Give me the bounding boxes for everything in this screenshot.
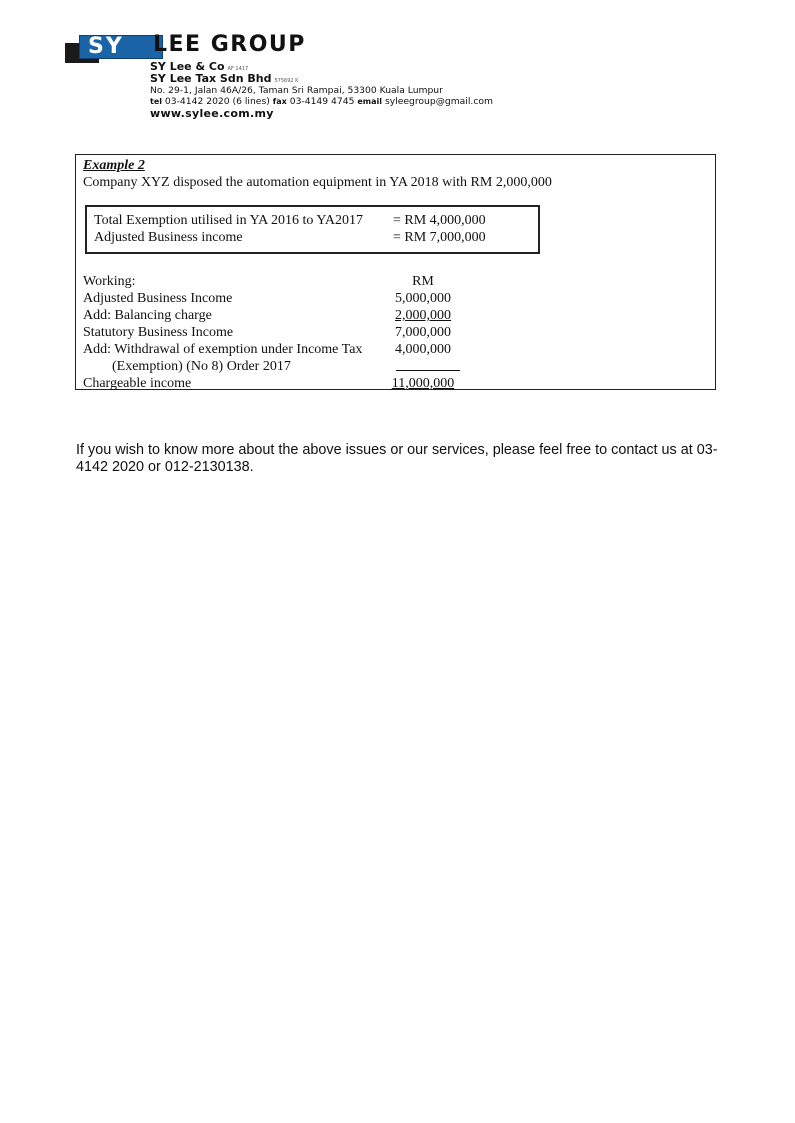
working-row-value: 7,000,000 [378,324,468,341]
company-address: No. 29-1, Jalan 46A/26, Taman Sri Rampai… [150,85,443,96]
brand-name: LEE GROUP [153,32,306,57]
given-values-box: Total Exemption utilised in YA 2016 to Y… [85,205,540,254]
given-value-exemption: = RM 4,000,000 [393,212,486,229]
logo-blue-block: SY [79,35,163,59]
firm-name-2: SY Lee Tax Sdn Bhd575692 K [150,72,298,85]
working-row-label: Statutory Business Income [83,324,233,341]
subtotal-rule [396,370,460,371]
working-currency: RM [378,273,468,290]
given-label-exemption: Total Exemption utilised in YA 2016 to Y… [94,212,363,229]
email-link[interactable]: syleegroup@gmail.com [385,96,493,107]
firm-2-name: SY Lee Tax Sdn Bhd [150,72,271,85]
website-link[interactable]: www.sylee.com.my [150,107,274,120]
logo-text: SY [88,34,124,59]
document-page: SY LEE GROUP SY Lee & CoAF 1417 SY Lee T… [0,0,795,1123]
example-box: Example 2 Company XYZ disposed the autom… [75,154,716,390]
working-row-value: 4,000,000 [378,341,468,358]
firm-2-reg: 575692 K [274,78,298,84]
working-row-label-continued: (Exemption) (No 8) Order 2017 [112,358,291,375]
example-title: Example 2 [83,157,145,174]
fax-value: 03-4149 4745 [290,96,355,107]
company-contact: tel 03-4142 2020 (6 lines) fax 03-4149 4… [150,96,493,107]
working-row-value: 2,000,000 [378,307,468,324]
given-value-adjusted-income: = RM 7,000,000 [393,229,486,246]
chargeable-income-label: Chargeable income [83,375,191,392]
tel-value: 03-4142 2020 (6 lines) [165,96,270,107]
working-row-label: Add: Withdrawal of exemption under Incom… [83,341,362,358]
working-row-label: Adjusted Business Income [83,290,232,307]
given-label-adjusted-income: Adjusted Business income [94,229,243,246]
email-label: email [357,97,382,106]
working-heading: Working: [83,273,136,290]
working-row-value: 5,000,000 [378,290,468,307]
fax-label: fax [273,97,287,106]
working-row-label: Add: Balancing charge [83,307,212,324]
chargeable-income-value: 11,000,000 [378,375,468,392]
example-description: Company XYZ disposed the automation equi… [83,174,552,191]
contact-note: If you wish to know more about the above… [76,442,726,476]
tel-label: tel [150,97,162,106]
